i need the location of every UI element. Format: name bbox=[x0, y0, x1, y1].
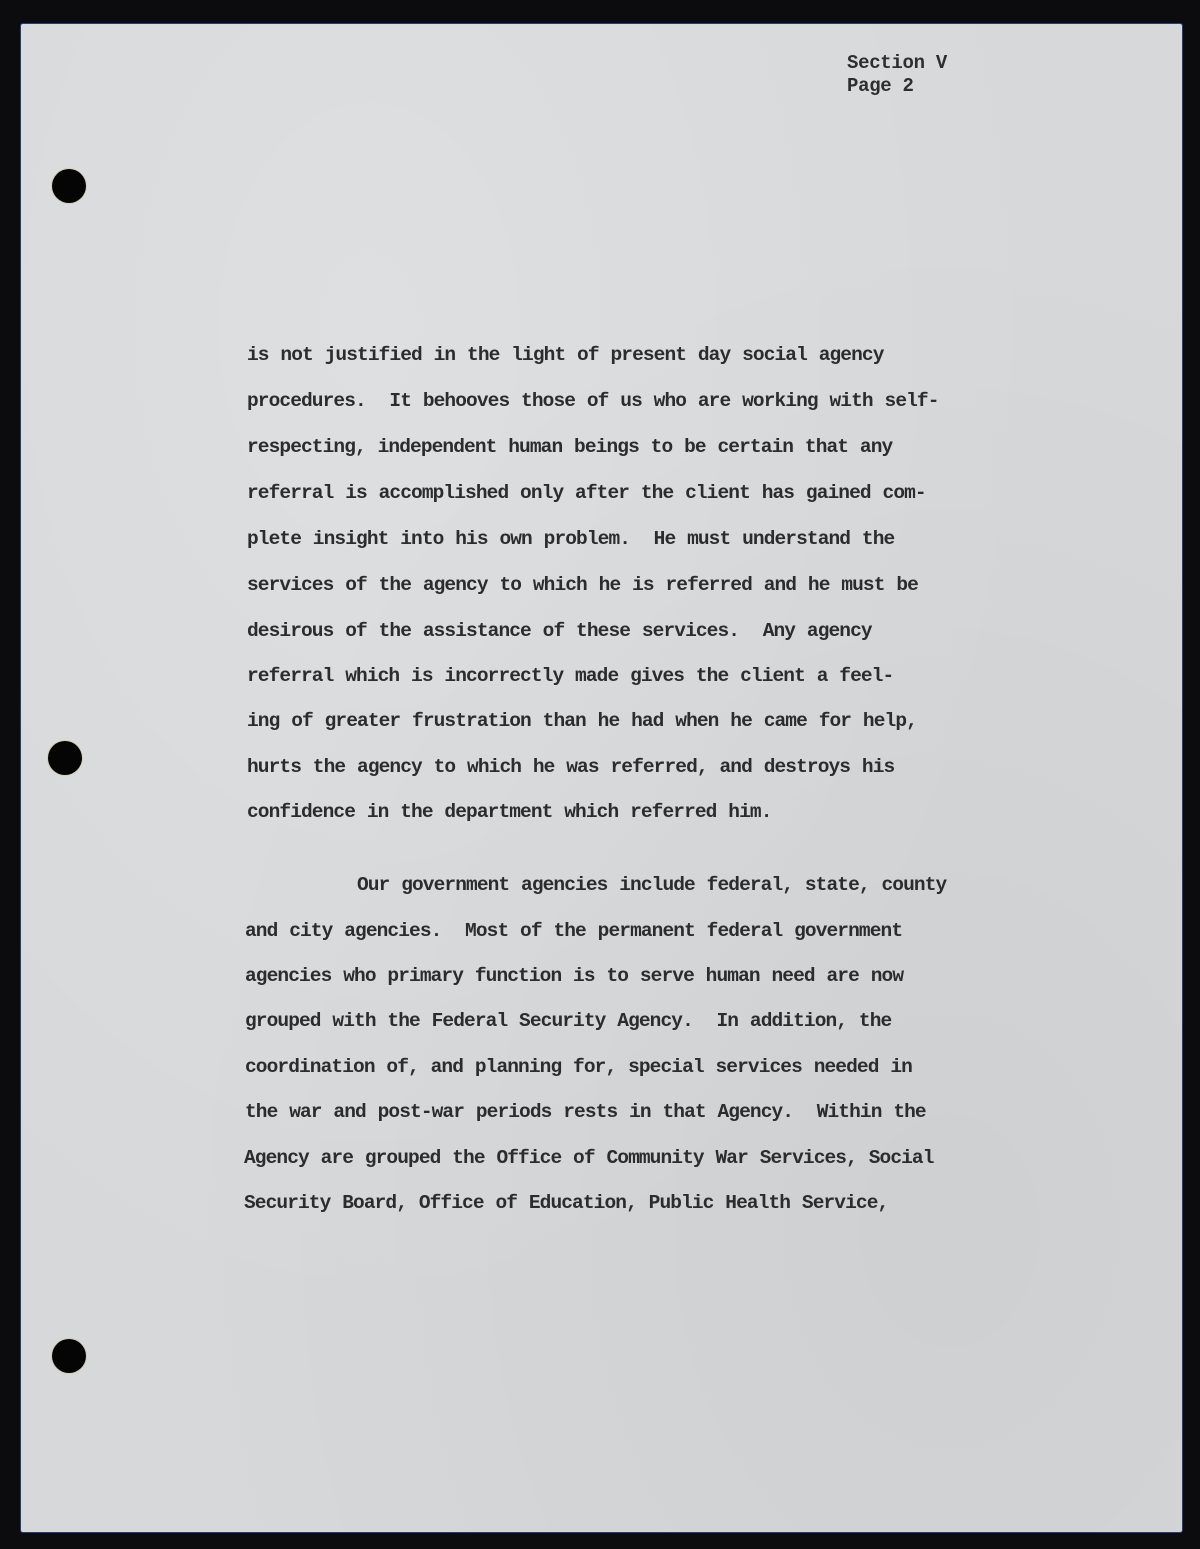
document-page: ​ Section V Page 2 is not justified in t… bbox=[21, 24, 1182, 1532]
text-line: referral is accomplished only after the … bbox=[247, 482, 926, 504]
text-line: Our government agencies include federal,… bbox=[357, 874, 946, 896]
page-header: Section V Page 2 bbox=[847, 52, 947, 98]
text-line: procedures. It behooves those of us who … bbox=[247, 390, 939, 412]
text-line: hurts the agency to which he was referre… bbox=[247, 756, 894, 778]
text-line: ing of greater frustration than he had w… bbox=[247, 710, 917, 732]
text-line: coordination of, and planning for, speci… bbox=[245, 1056, 912, 1078]
section-label: Section V bbox=[847, 52, 947, 75]
text-line: grouped with the Federal Security Agency… bbox=[245, 1010, 891, 1032]
text-line: confidence in the department which refer… bbox=[247, 801, 772, 823]
text-line: and city agencies. Most of the permanent… bbox=[245, 920, 902, 942]
text-line: services of the agency to which he is re… bbox=[247, 574, 918, 596]
punch-hole-bottom bbox=[52, 1339, 86, 1373]
text-line: Agency are grouped the Office of Communi… bbox=[244, 1147, 934, 1169]
punch-hole-middle bbox=[48, 741, 82, 775]
text-line: agencies who primary function is to serv… bbox=[245, 965, 903, 987]
text-line: plete insight into his own problem. He m… bbox=[247, 528, 894, 550]
text-line: the war and post-war periods rests in th… bbox=[245, 1101, 926, 1123]
page-number: Page 2 bbox=[847, 75, 947, 98]
text-line: Security Board, Office of Education, Pub… bbox=[244, 1192, 888, 1214]
text-line: desirous of the assistance of these serv… bbox=[247, 620, 872, 642]
text-line: respecting, independent human beings to … bbox=[247, 436, 892, 458]
punch-hole-top bbox=[52, 169, 86, 203]
text-line: is not justified in the light of present… bbox=[247, 344, 884, 366]
text-line: referral which is incorrectly made gives… bbox=[247, 665, 893, 687]
